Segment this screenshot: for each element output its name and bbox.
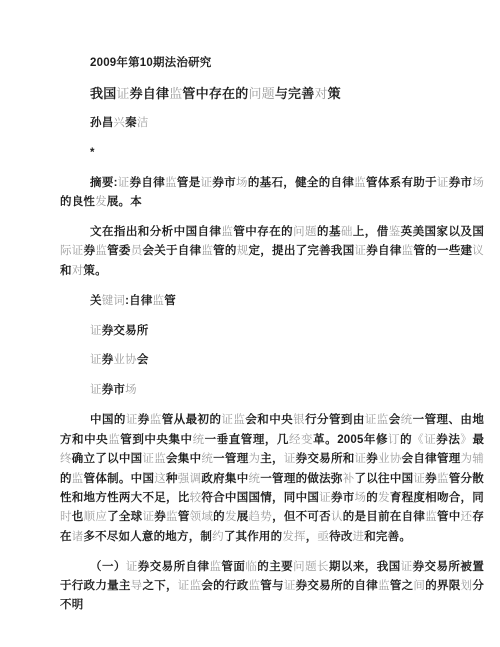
keywords-line: 关键词:自律监管 — [60, 292, 484, 311]
journal-issue-line: 2009年第10期法治研究 — [60, 54, 484, 73]
document-page: 2009年第10期法治研究 我国证券自律监管中存在的问题与完善对策 孙昌兴秦洁 … — [0, 0, 500, 647]
footnote-marker: * — [60, 144, 484, 163]
abstract-continued: 文在指出和分析中国自律监管中存在的问题的基础上，借鉴英美国家以及国际证券监管委员… — [60, 223, 484, 281]
body-paragraph-2: （一）证券交易所自律监管面临的主要问题长期以来，我国证券交易所被置于行政力量主导… — [60, 558, 484, 616]
keyword-item-association: 证券业协会 — [60, 351, 484, 370]
abstract-line: 摘要:证券自律监管是证券市场的基石，健全的自律监管体系有助于证券市场的良性发展。… — [60, 174, 484, 213]
article-title: 我国证券自律监管中存在的问题与完善对策 — [60, 84, 484, 103]
keyword-item-exchange: 证券交易所 — [60, 322, 484, 341]
article-authors: 孙昌兴秦洁 — [60, 114, 484, 133]
body-paragraph-1: 中国的证券监管从最初的证监会和中央银行分管到由证监会统一管理、由地方和中央监管到… — [60, 411, 484, 547]
keyword-item-market: 证券市场 — [60, 381, 484, 400]
